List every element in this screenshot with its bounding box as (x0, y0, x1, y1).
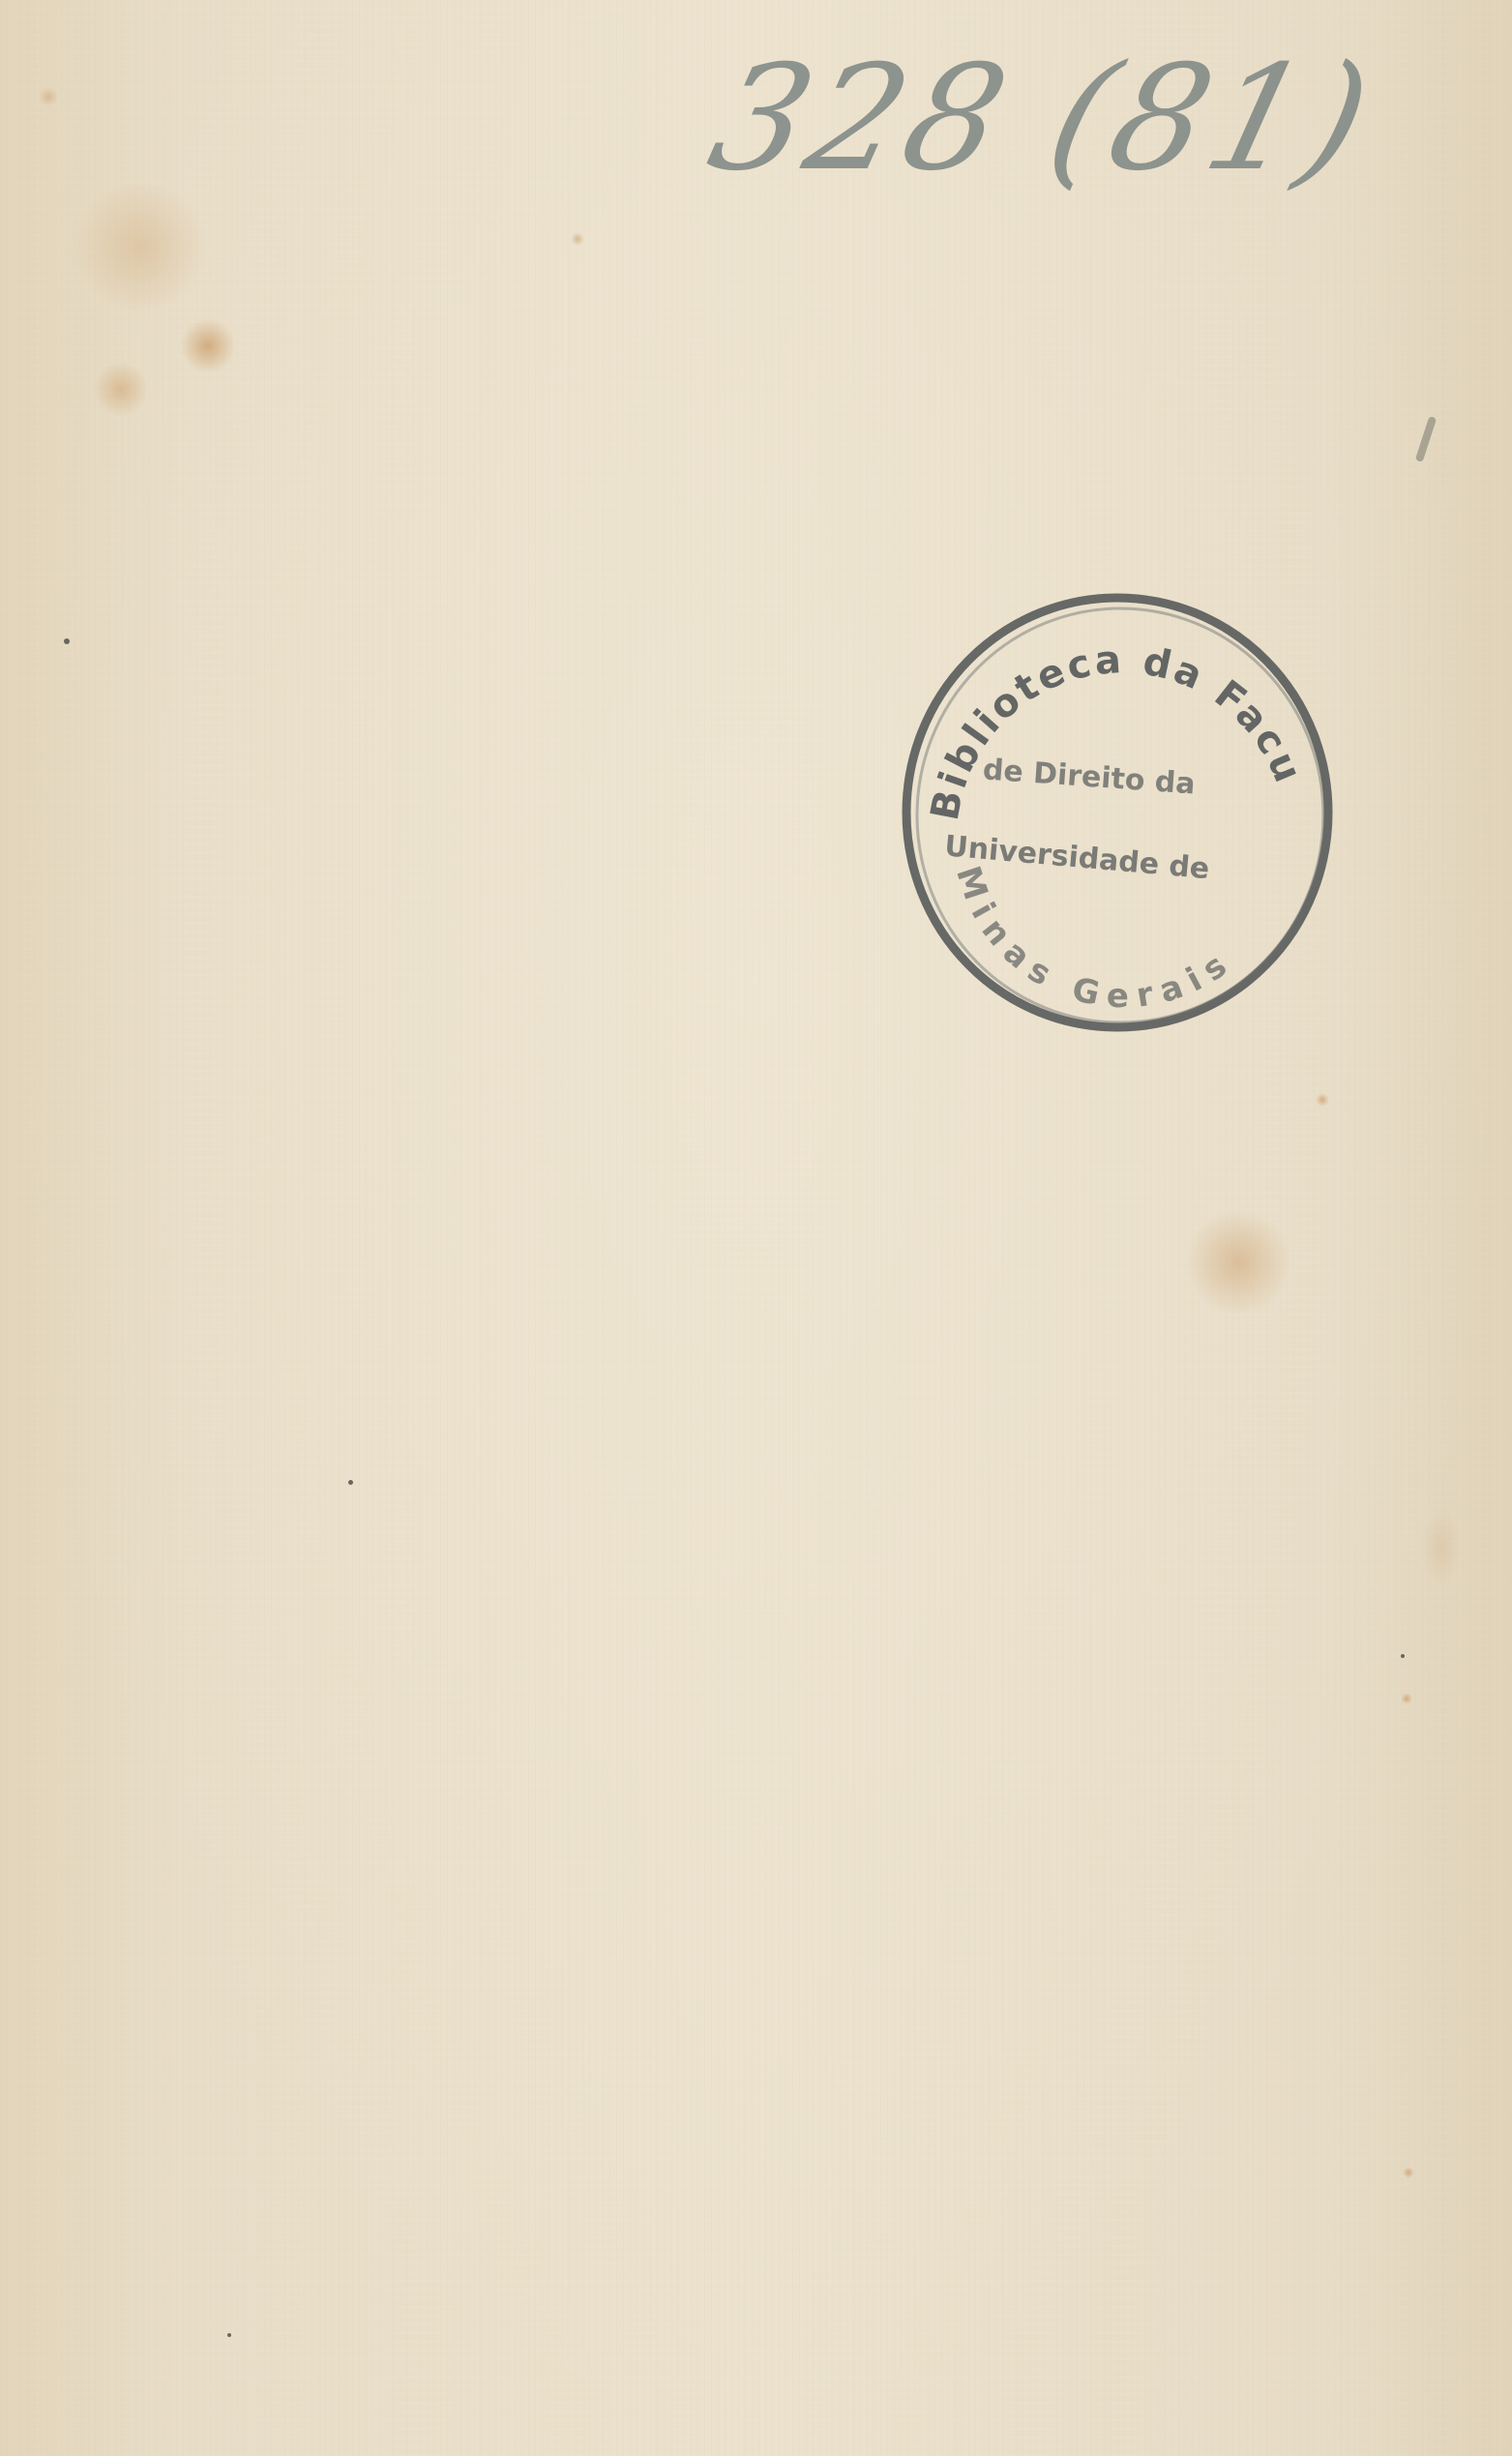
dust-speck (1401, 1654, 1405, 1658)
foxing-stain (1422, 1509, 1461, 1586)
foxing-stain (1403, 2167, 1414, 2178)
dust-speck (227, 2333, 231, 2337)
dust-speck (348, 1480, 353, 1485)
stamp-seal-icon: Biblioteca da Faculdade de Direito da Un… (890, 580, 1345, 1045)
stamp-line-1: de Direito da (982, 753, 1197, 801)
library-stamp: Biblioteca da Faculdade de Direito da Un… (890, 580, 1345, 1045)
foxing-stain (1185, 1209, 1291, 1316)
foxing-stain (92, 363, 150, 416)
document-page: 328 (81) Biblioteca da Faculdade de Dire… (0, 0, 1512, 2456)
foxing-stain (1401, 1693, 1412, 1704)
pencil-mark (1415, 416, 1437, 462)
foxing-stain (571, 232, 584, 246)
foxing-stain (68, 184, 213, 310)
foxing-stain (39, 87, 58, 106)
foxing-stain (179, 319, 237, 372)
handwritten-shelfmark: 328 (81) (693, 27, 1280, 211)
paper-texture (0, 0, 1512, 2456)
dust-speck (64, 638, 70, 644)
foxing-stain (1316, 1093, 1329, 1107)
